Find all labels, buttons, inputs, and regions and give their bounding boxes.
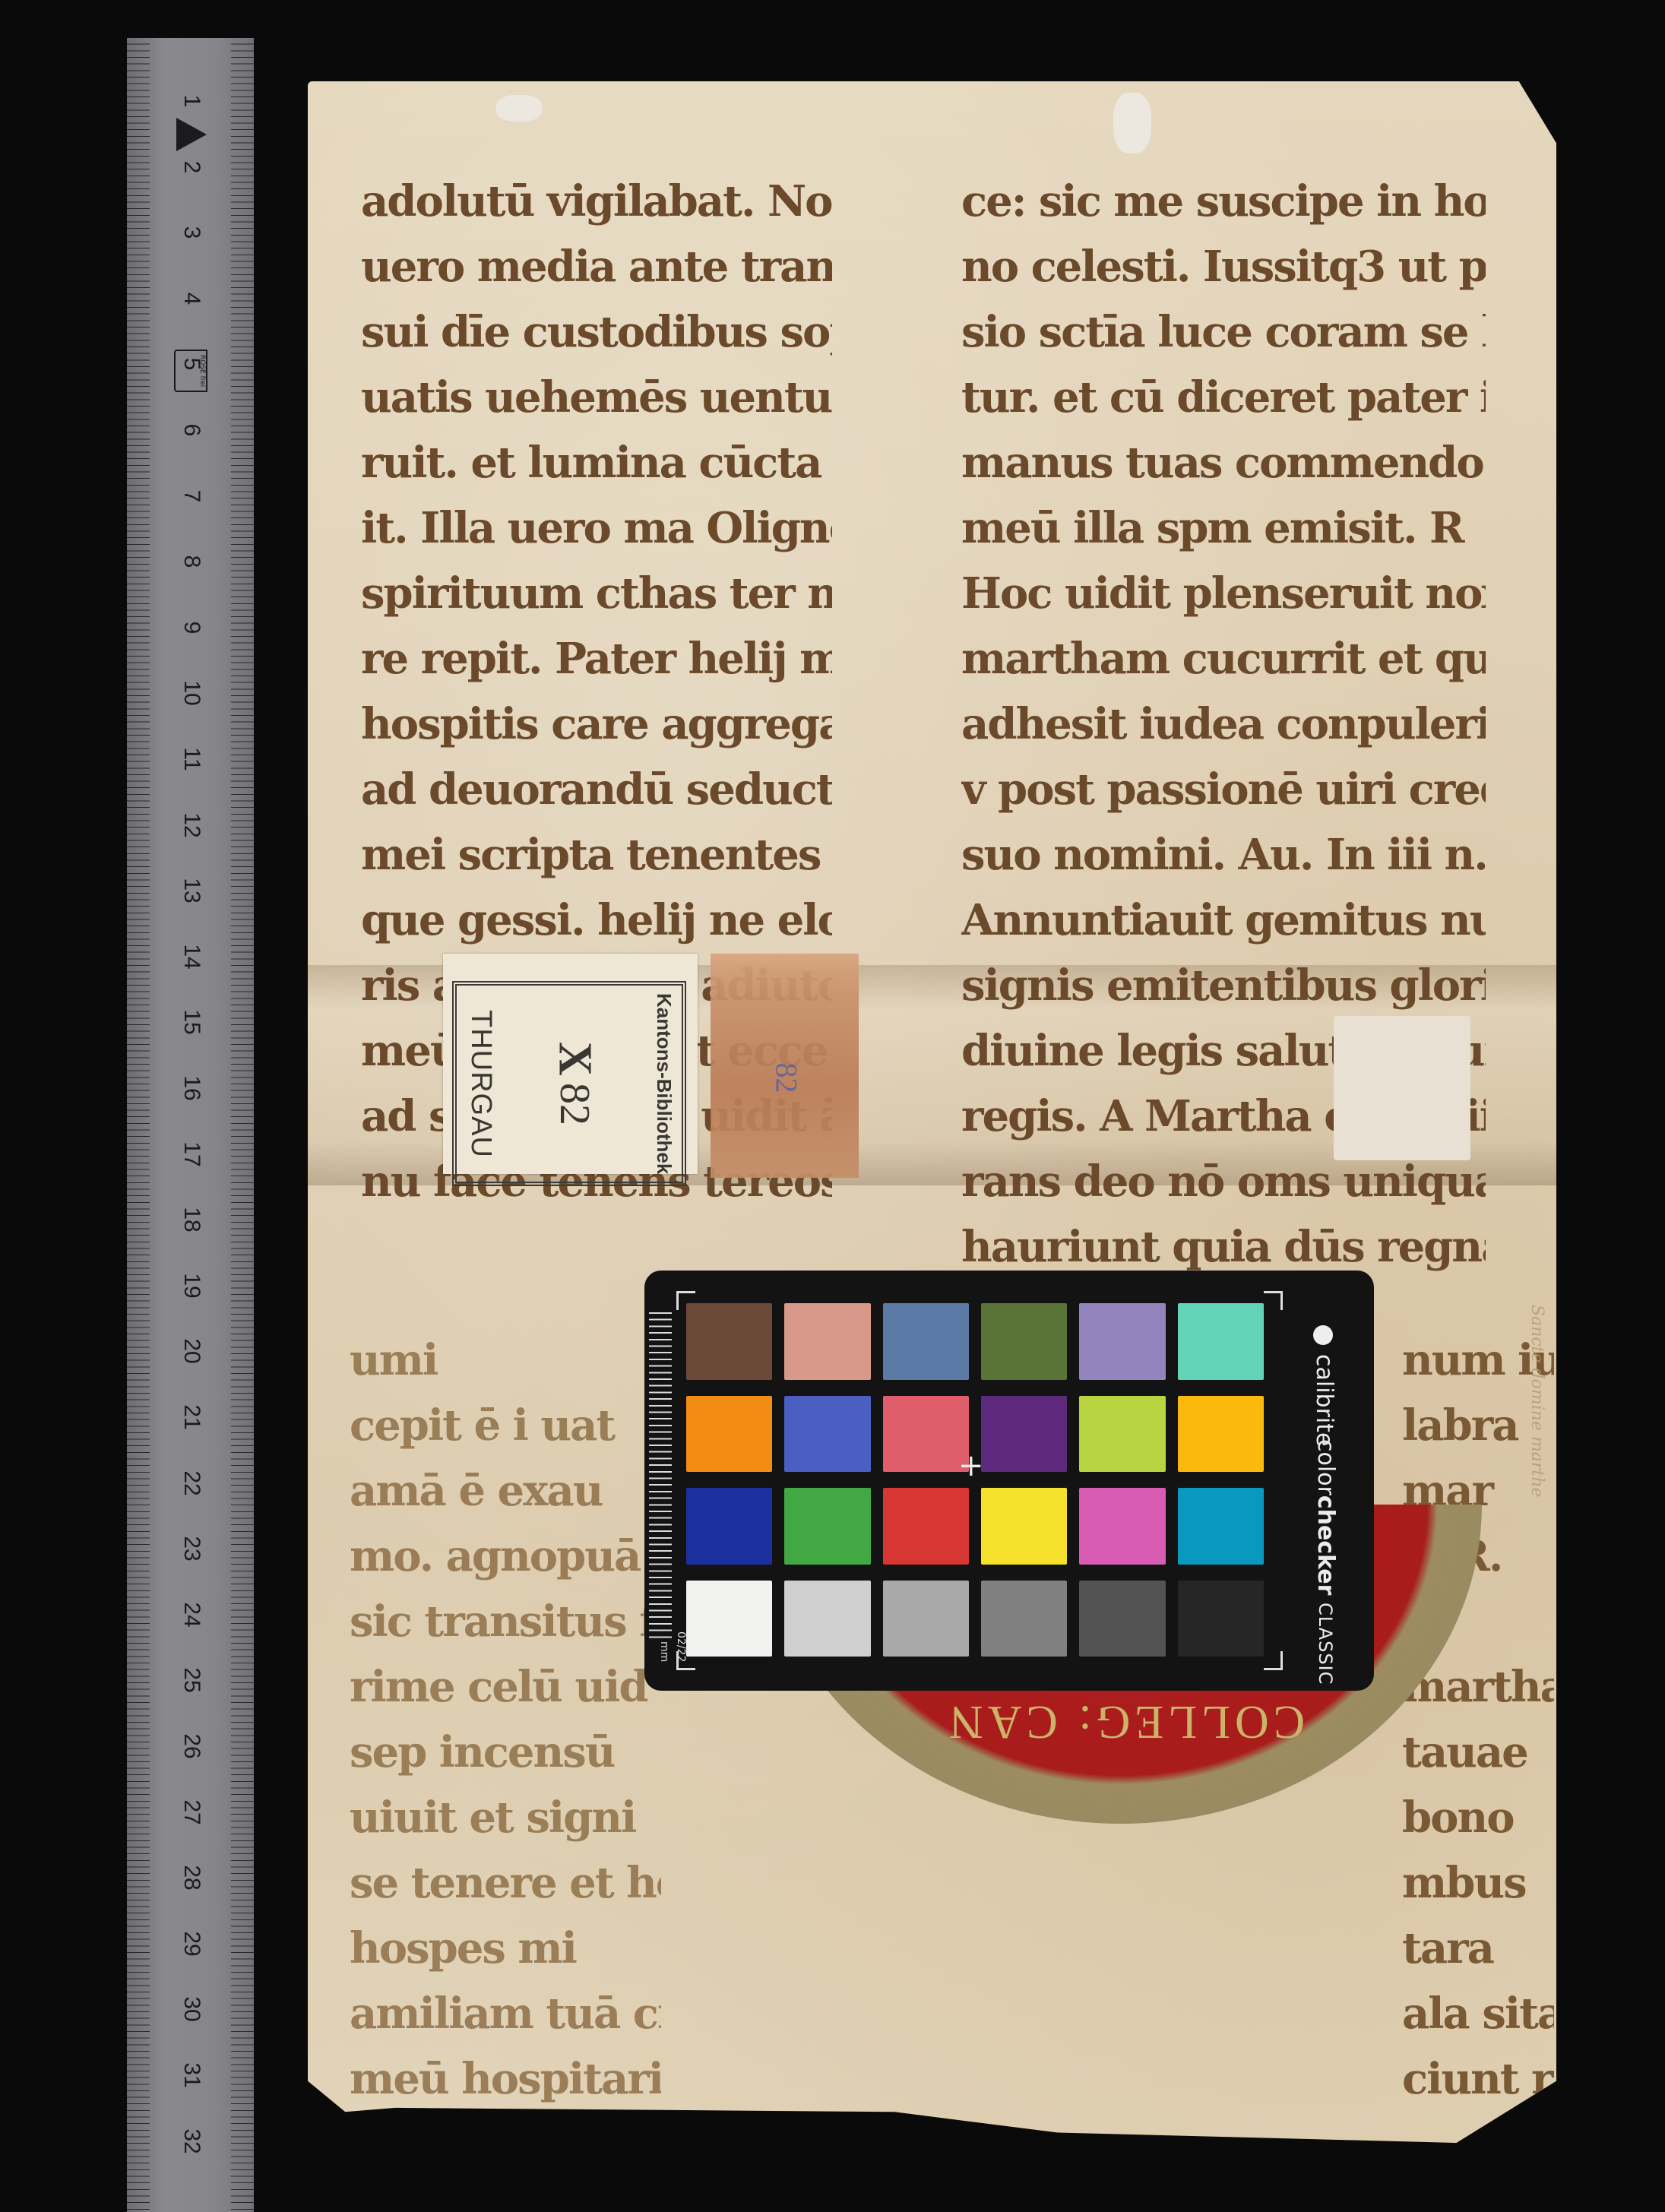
checker-brand: calibrite <box>1311 1354 1337 1446</box>
manuscript-line: spirituum cthas ter nens ma <box>361 561 832 626</box>
ruler-triangle-logo-icon <box>176 118 207 151</box>
ruler-number: 26 <box>179 1727 204 1765</box>
color-patch <box>883 1396 969 1473</box>
ruler-number: 6 <box>179 411 204 449</box>
manuscript-line: adhesit iudea conpulerit <box>961 691 1486 757</box>
ruler-number: 8 <box>179 543 204 581</box>
manuscript-line: ce: sic me suscipe in hospi <box>961 169 1486 234</box>
color-patch <box>784 1581 870 1657</box>
ruler-ticks-right <box>231 38 254 2212</box>
manuscript-line: rime celū uid <box>350 1654 661 1720</box>
manuscript-line: it. Illa uero ma Olignos <box>361 495 832 561</box>
ruler-number: 23 <box>179 1530 204 1568</box>
manuscript-line: amā ē exau <box>350 1458 661 1524</box>
color-patch <box>1079 1488 1165 1565</box>
manuscript-line: hospes mi <box>350 1916 661 1981</box>
manuscript-line: ad deuorandū seductores <box>361 757 832 822</box>
manuscript-line: sio sctīa luce coram se lege <box>961 299 1486 365</box>
ruler-number: 4 <box>179 280 204 318</box>
tape-pencil-mark: 82 <box>769 1063 805 1093</box>
manuscript-line: no celesti. Iussitq3 ut pas <box>961 234 1486 299</box>
manuscript-line: manus tuas commendo spm <box>961 430 1486 495</box>
ruler-number: 20 <box>179 1332 204 1370</box>
seal-inscription: COLLEG: CAN <box>897 1695 1353 1748</box>
manuscript-line: adolutū vigilabat. Notte <box>361 169 832 234</box>
color-patch <box>784 1488 870 1565</box>
manuscript-line: sep incensū <box>350 1720 661 1785</box>
ruler-number: 9 <box>179 609 204 647</box>
corner-mark-icon <box>1264 1291 1283 1310</box>
color-patch <box>1079 1396 1165 1473</box>
color-patch <box>883 1303 969 1380</box>
parchment-repair-patch <box>496 95 542 122</box>
color-patch <box>686 1581 772 1657</box>
checker-product-name: colorchecker CLASSIC <box>1312 1439 1339 1685</box>
corner-mark-icon <box>1264 1651 1283 1670</box>
manuscript-line: martham cucurrit et qui ei <box>961 626 1486 691</box>
manuscript-line: hospitis care aggregati sunt <box>361 691 832 757</box>
color-checker-card: + calibrite colorchecker CLASSIC mm 02/2… <box>644 1271 1374 1691</box>
ruler-number: 18 <box>179 1201 204 1239</box>
ruler-number: 29 <box>179 1925 204 1963</box>
manuscript-line: amiliam tuā cimon <box>350 1981 661 2046</box>
manuscript-line: uiuit et signi <box>350 1785 661 1850</box>
color-patch <box>981 1581 1067 1657</box>
manuscript-line: suo nomini. Au. In iii n. a. <box>961 822 1486 888</box>
color-patch <box>981 1488 1067 1565</box>
ruler-number: 12 <box>179 806 204 844</box>
manuscript-line: v post passionē uiri credentes <box>961 757 1486 822</box>
ruler-number: 19 <box>179 1267 204 1305</box>
ruler-number: 27 <box>179 1793 204 1831</box>
color-patch <box>1178 1581 1264 1657</box>
manuscript-line: re repit. Pater helij mi <box>361 626 832 691</box>
color-patch <box>1178 1303 1264 1380</box>
color-patch <box>784 1303 870 1380</box>
ruler-number: 2 <box>179 148 204 186</box>
label-place: THURGAU <box>457 1010 497 1158</box>
shelf-mark-label: THURGAU X 82 Kantons-Bibliothek <box>443 954 698 1174</box>
parchment-repair-patch <box>1113 93 1151 153</box>
ruler-number: 1 <box>179 82 204 120</box>
manuscript-line: ciunt rege celi <box>1402 2046 1554 2112</box>
manuscript-line: uatis uehemēs uentus ir <box>361 365 832 430</box>
ruler-number: 17 <box>179 1135 204 1173</box>
manuscript-line: cepit ē i uat <box>350 1393 661 1458</box>
manuscript-line: Annuntiauit gemitus nun <box>961 888 1486 953</box>
ruler-number: 30 <box>179 1990 204 2028</box>
calibrite-logo-icon <box>1313 1325 1333 1345</box>
color-patch <box>981 1303 1067 1380</box>
manuscript-line: tur. et cū diceret pater in <box>961 365 1486 430</box>
ruler-number: 24 <box>179 1596 204 1634</box>
ruler-number: 21 <box>179 1398 204 1436</box>
ruler-number: 15 <box>179 1003 204 1041</box>
ruler-number: 3 <box>179 214 204 252</box>
ruler-number: 13 <box>179 872 204 910</box>
manuscript-line: sic transitus fu <box>350 1589 661 1654</box>
ruler-number: 22 <box>179 1464 204 1502</box>
manuscript-line: umi <box>350 1328 661 1393</box>
color-patch <box>784 1396 870 1473</box>
measuring-ruler: ROSE frei 123456789101112131415161718192… <box>127 38 254 2212</box>
text-column-left-lower: umicepit ē i uatamā ē exaumo. agnopuāsic… <box>350 1328 661 2112</box>
ruler-number: 32 <box>179 2122 204 2160</box>
label-library: Kantons-Bibliothek <box>652 993 682 1174</box>
ruler-number: 10 <box>179 674 204 712</box>
ruler-number: 31 <box>179 2056 204 2094</box>
label-shelf-mark: X 82 <box>548 1042 602 1126</box>
manuscript-line: meū illa spm emisit. R <box>961 495 1486 561</box>
manuscript-line: ala sitar <box>1402 1981 1554 2046</box>
manuscript-line: signis emitentibus gloriam <box>961 953 1486 1018</box>
manuscript-line: mo. agnopuā <box>350 1524 661 1589</box>
ruler-number: 16 <box>179 1069 204 1107</box>
ruler-number: 11 <box>179 740 204 778</box>
color-patch <box>1178 1488 1264 1565</box>
ruler-number: 14 <box>179 938 204 976</box>
checker-date-code: 02/22 <box>675 1631 687 1662</box>
ruler-number: 25 <box>179 1661 204 1699</box>
manuscript-line: que gessi. helij ne elonge <box>361 888 832 953</box>
manuscript-line: meū hospitari digna <box>350 2046 661 2112</box>
color-patch <box>686 1303 772 1380</box>
color-patch <box>883 1581 969 1657</box>
color-patch <box>1079 1303 1165 1380</box>
ruler-ticks-left <box>127 38 150 2212</box>
ruler-number: 5 <box>179 345 204 383</box>
manuscript-line: mei scripta tenentes mala <box>361 822 832 888</box>
color-patch <box>981 1396 1067 1473</box>
checker-mm-scale <box>649 1312 672 1639</box>
label-number: 82 <box>550 1083 599 1125</box>
manuscript-line: ruit. et lumina cūcta extinx <box>361 430 832 495</box>
label-border: THURGAU X 82 Kantons-Bibliothek <box>452 981 686 1186</box>
paper-patch <box>1334 1016 1470 1160</box>
color-patch <box>883 1488 969 1565</box>
ruler-number: 7 <box>179 477 204 515</box>
manuscript-line: sui dīe custodibus sopno g̃ <box>361 299 832 365</box>
color-patch <box>1178 1396 1264 1473</box>
color-patch <box>686 1396 772 1473</box>
manuscript-line: Hoc uidit plenseruit nox et <box>961 561 1486 626</box>
label-class: X <box>548 1042 602 1076</box>
ruler-number: 28 <box>179 1859 204 1897</box>
manuscript-line: uero media ante transitus <box>361 234 832 299</box>
margin-annotation: Sancte domine marthe <box>1501 1305 1546 1989</box>
crosshair-icon: + <box>958 1451 984 1481</box>
color-patch <box>686 1488 772 1565</box>
color-patch <box>1079 1581 1165 1657</box>
manuscript-line: se tenere et he <box>350 1850 661 1916</box>
checker-scale-unit: mm <box>658 1641 670 1662</box>
